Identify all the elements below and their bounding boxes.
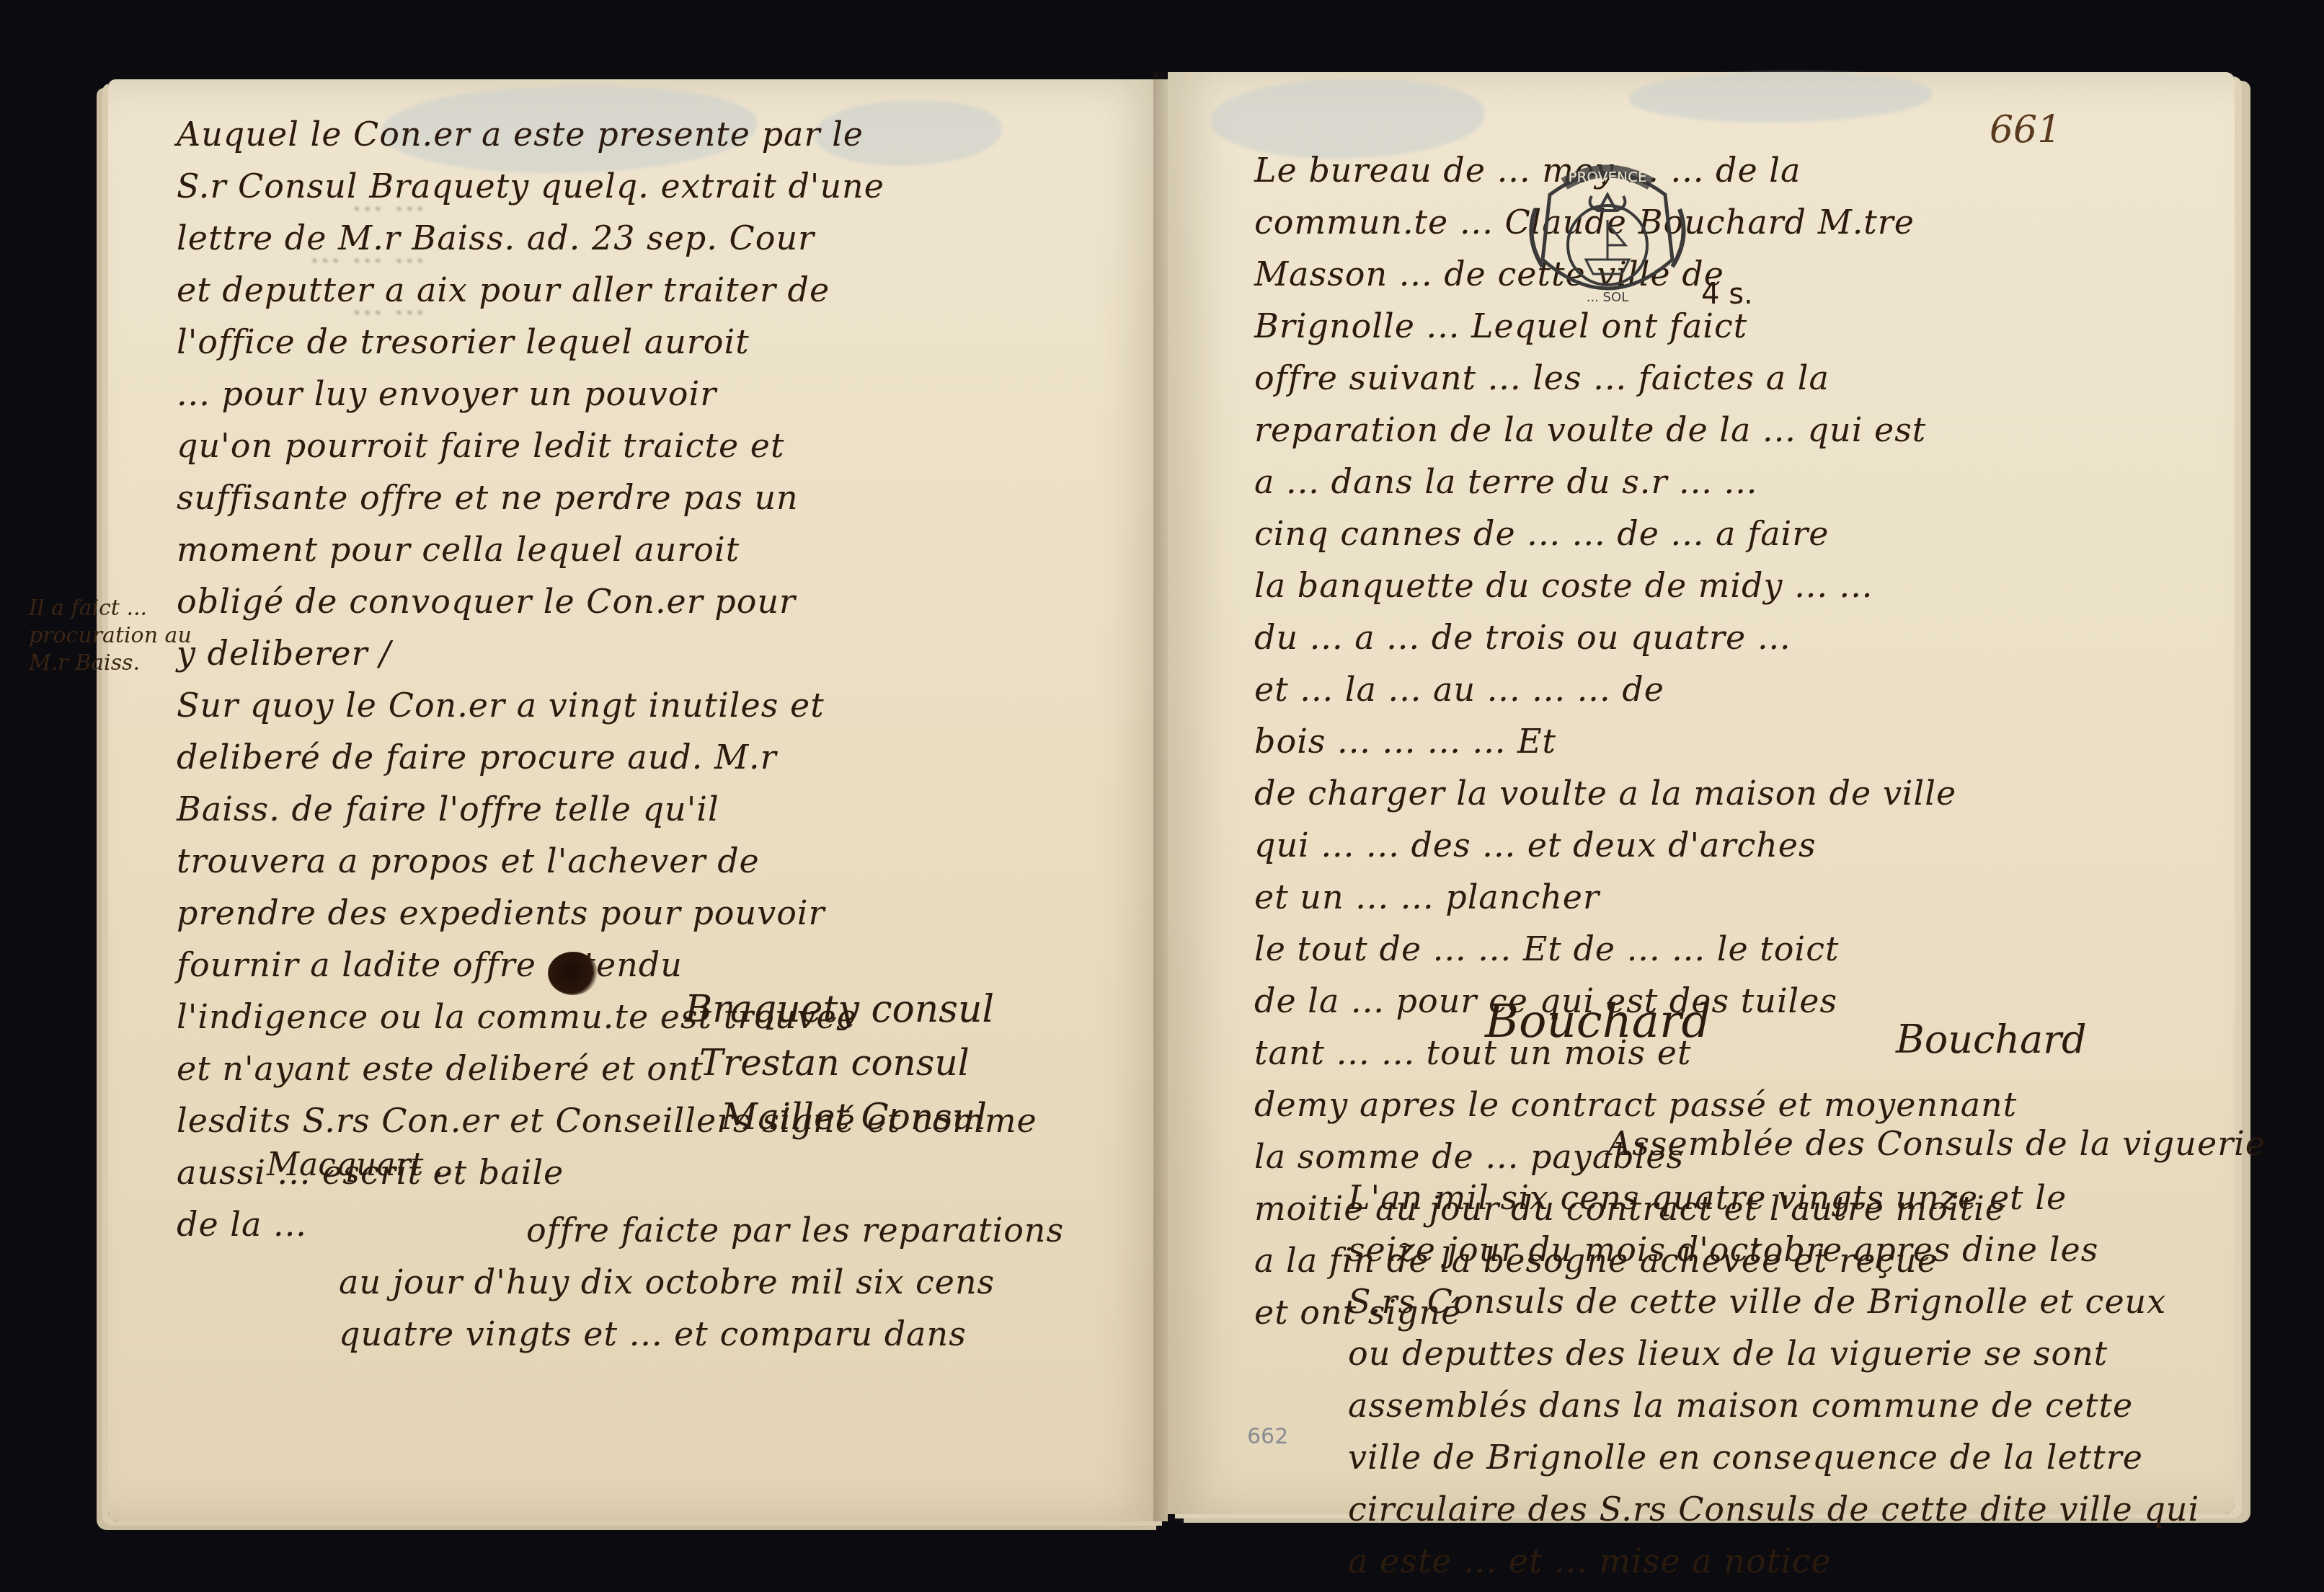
- section-heading: Assemblée des Consuls de la viguerie: [1607, 1118, 2256, 1169]
- signature: Bouchard: [1896, 1017, 2087, 1062]
- text-line: y deliberer /: [177, 627, 1114, 679]
- text-line: offre suivant ... les ... faictes a la: [1254, 352, 2191, 404]
- text-line: quatre vingts et ... et comparu dans: [339, 1308, 1132, 1360]
- text-line: L'an mil six cens quatre vingts unze et …: [1348, 1172, 2213, 1224]
- text-line: circulaire des S.rs Consuls de cette dit…: [1348, 1483, 2213, 1535]
- text-line: l'office de tresorier lequel auroit: [177, 316, 1114, 368]
- text-line: ou deputtes des lieux de la viguerie se …: [1348, 1327, 2213, 1379]
- text-line: fournir a ladite offre attendu: [177, 939, 1114, 991]
- text-line: et deputter a aix pour aller traiter de: [177, 264, 1114, 316]
- text-line: lettre de M.r Baiss. ad. 23 sep. Cour: [177, 212, 1114, 264]
- text-line: et ... la ... au ... ... ... de: [1254, 663, 2191, 715]
- text-line: cinq cannes de ... ... de ... a faire: [1254, 508, 2191, 560]
- ink-blot: [548, 952, 598, 995]
- text-line: suffisante offre et ne perdre pas un: [177, 472, 1114, 523]
- text-line: trouvera a propos et l'achever de: [177, 835, 1114, 887]
- text-line: a este ... et ... mise a notice: [1348, 1535, 2213, 1587]
- svg-text:... SOL: ... SOL: [1587, 290, 1629, 305]
- text-line: Auquel le Con.er a este presente par le: [177, 108, 1114, 160]
- signature: Maillet Consul: [721, 1096, 987, 1138]
- pencil-foliation: 662: [1247, 1424, 1288, 1449]
- right-lower-text: L'an mil six cens quatre vingts unze et …: [1348, 1172, 2213, 1587]
- text-line: commun.te ... Claude Bouchard M.tre: [1254, 196, 2191, 248]
- text-line: S.rs Consuls de cette ville de Brignolle…: [1348, 1275, 2213, 1327]
- text-line: et n'ayant este deliberé et ont: [177, 1043, 1114, 1094]
- text-line: a ... dans la terre du s.r ... ...: [1254, 456, 2191, 508]
- text-line: obligé de convoquer le Con.er pour: [177, 575, 1114, 627]
- text-line: du ... a ... de trois ou quatre ...: [1254, 611, 2191, 663]
- text-line: deliberé de faire procure aud. M.r: [177, 731, 1114, 783]
- signature: Braquety consul: [685, 988, 994, 1031]
- heading-text: Assemblée des Consuls de la viguerie: [1607, 1118, 2256, 1169]
- text-line: reparation de la voulte de la ... qui es…: [1254, 404, 2191, 456]
- water-stain: [1629, 72, 1932, 123]
- left-main-text: Auquel le Con.er a este presente par le …: [177, 108, 1114, 1250]
- text-line: seize jour du mois d'octobre apres dine …: [1348, 1224, 2213, 1275]
- text-line: la banquette du coste de midy ... ...: [1254, 560, 2191, 611]
- text-line: ... pour luy envoyer un pouvoir: [177, 368, 1114, 420]
- text-line: assemblés dans la maison commune de cett…: [1348, 1379, 2213, 1431]
- text-line: le tout de ... ... Et de ... ... le toic…: [1254, 923, 2191, 975]
- text-line: moment pour cella lequel auroit: [177, 523, 1114, 575]
- signature: Bouchard: [1485, 995, 1711, 1048]
- text-line: de charger la voulte a la maison de vill…: [1254, 767, 2191, 819]
- text-line: qui ... ... des ... et deux d'arches: [1254, 819, 2191, 871]
- text-line: Sur quoy le Con.er a vingt inutiles et: [177, 679, 1114, 731]
- left-lower-text: offre faicte par les reparations au jour…: [339, 1204, 1132, 1360]
- text-line: Baiss. de faire l'offre telle qu'il: [177, 783, 1114, 835]
- scan-background: ... ...... ... ...... ... Il a faict ...…: [0, 0, 2324, 1592]
- text-line: qu'on pourroit faire ledit traicte et: [177, 420, 1114, 472]
- text-line: offre faicte par les reparations: [339, 1204, 1132, 1256]
- signature: Macquart ...: [267, 1146, 464, 1183]
- signature: Trestan consul: [699, 1042, 970, 1084]
- svg-text:PROVENCE: PROVENCE: [1568, 168, 1646, 185]
- left-page: ... ...... ... ...... ... Il a faict ...…: [108, 79, 1168, 1521]
- text-line: prendre des expedients pour pouvoir: [177, 887, 1114, 939]
- text-line: au jour d'huy dix octobre mil six cens: [339, 1256, 1132, 1308]
- text-line: Le bureau de ... moy ... ... de la: [1254, 144, 2191, 196]
- provence-tax-seal-icon: PROVENCE ... SOL: [1521, 151, 1694, 317]
- text-line: bois ... ... ... ... Et: [1254, 715, 2191, 767]
- text-line: S.r Consul Braquety quelq. extrait d'une: [177, 160, 1114, 212]
- margin-note-text: Il a faict ... procuration au M.r Baiss.: [29, 596, 192, 676]
- text-line: ville de Brignolle en consequence de la …: [1348, 1431, 2213, 1483]
- text-line: et un ... ... plancher: [1254, 871, 2191, 923]
- stamp-amount: 4 s.: [1701, 278, 1753, 311]
